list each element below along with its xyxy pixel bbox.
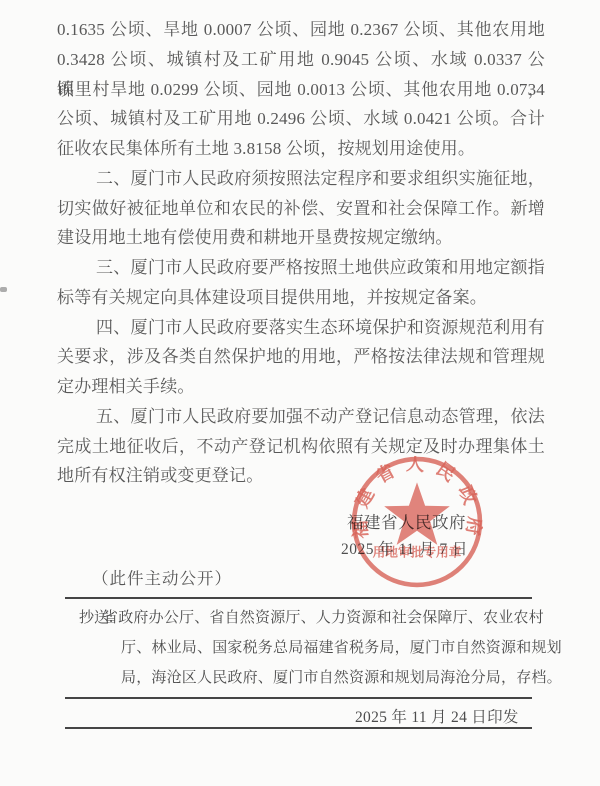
body-line: 定办理相关手续。 [57, 372, 545, 402]
body-line: 公顷、城镇村及工矿用地 0.2496 公顷、水域 0.0421 公顷。合计 [57, 104, 545, 134]
cc-line: 厅、林业局、国家税务总局福建省税务局，厦门市自然资源和规划 [79, 633, 534, 663]
official-seal: 福建省人民政府 用地审批专用章 [351, 456, 483, 588]
scan-speck [0, 287, 7, 292]
cc-block: 抄送: 省政府办公厅、省自然资源厅、人力资源和社会保障厅、农业农村厅、林业局、国… [79, 603, 534, 693]
body-line: 三、厦门市人民政府要严格按照土地供应政策和用地定额指 [57, 253, 545, 283]
divider-bottom [65, 727, 532, 729]
body-text: 0.1635 公顷、旱地 0.0007 公顷、园地 0.2367 公顷、其他农用… [57, 15, 545, 491]
divider-middle [65, 697, 532, 699]
body-line: 0.3428 公顷、城镇村及工矿用地 0.9045 公顷、水域 0.0337 公… [57, 45, 545, 75]
body-line: 五、厦门市人民政府要加强不动产登记信息动态管理，依法 [57, 402, 545, 432]
body-line: 四、厦门市人民政府要落实生态环境保护和资源规范利用有 [57, 313, 545, 343]
body-line: 0.1635 公顷、旱地 0.0007 公顷、园地 0.2367 公顷、其他农用… [57, 15, 545, 45]
cc-lines: 省政府办公厅、省自然资源厅、人力资源和社会保障厅、农业农村厅、林业局、国家税务总… [79, 603, 534, 693]
body-line: 二、厦门市人民政府须按照法定程序和要求组织实施征地， [57, 164, 545, 194]
seal-bottom-text: 用地审批专用章 [373, 545, 462, 560]
divider-top [65, 597, 532, 599]
document-page: 0.1635 公顷、旱地 0.0007 公顷、园地 0.2367 公顷、其他农用… [0, 0, 600, 786]
cc-label: 抄送: [79, 603, 113, 633]
body-line: 锦里村旱地 0.0299 公顷、园地 0.0013 公顷、其他农用地 0.073… [57, 75, 545, 105]
body-line: 切实做好被征地单位和农民的补偿、安置和社会保障工作。新增 [57, 194, 545, 224]
body-line: 征收农民集体所有土地 3.8158 公顷，按规划用途使用。 [57, 134, 545, 164]
body-line: 标等有关规定向具体建设项目提供用地，并按规定备案。 [57, 283, 545, 313]
body-line: 关要求，涉及各类自然保护地的用地，严格按法律法规和管理规 [57, 342, 545, 372]
disclosure-note: （此件主动公开） [92, 565, 232, 589]
cc-line: 局，海沧区人民政府、厦门市自然资源和规划局海沧分局，存档。 [79, 663, 534, 693]
cc-line: 省政府办公厅、省自然资源厅、人力资源和社会保障厅、农业农村 [79, 603, 534, 633]
seal-star-icon [384, 482, 450, 544]
print-date: 2025 年 11 月 24 日印发 [355, 705, 519, 727]
body-line: 建设用地土地有偿使用费和耕地开垦费按规定缴纳。 [57, 223, 545, 253]
